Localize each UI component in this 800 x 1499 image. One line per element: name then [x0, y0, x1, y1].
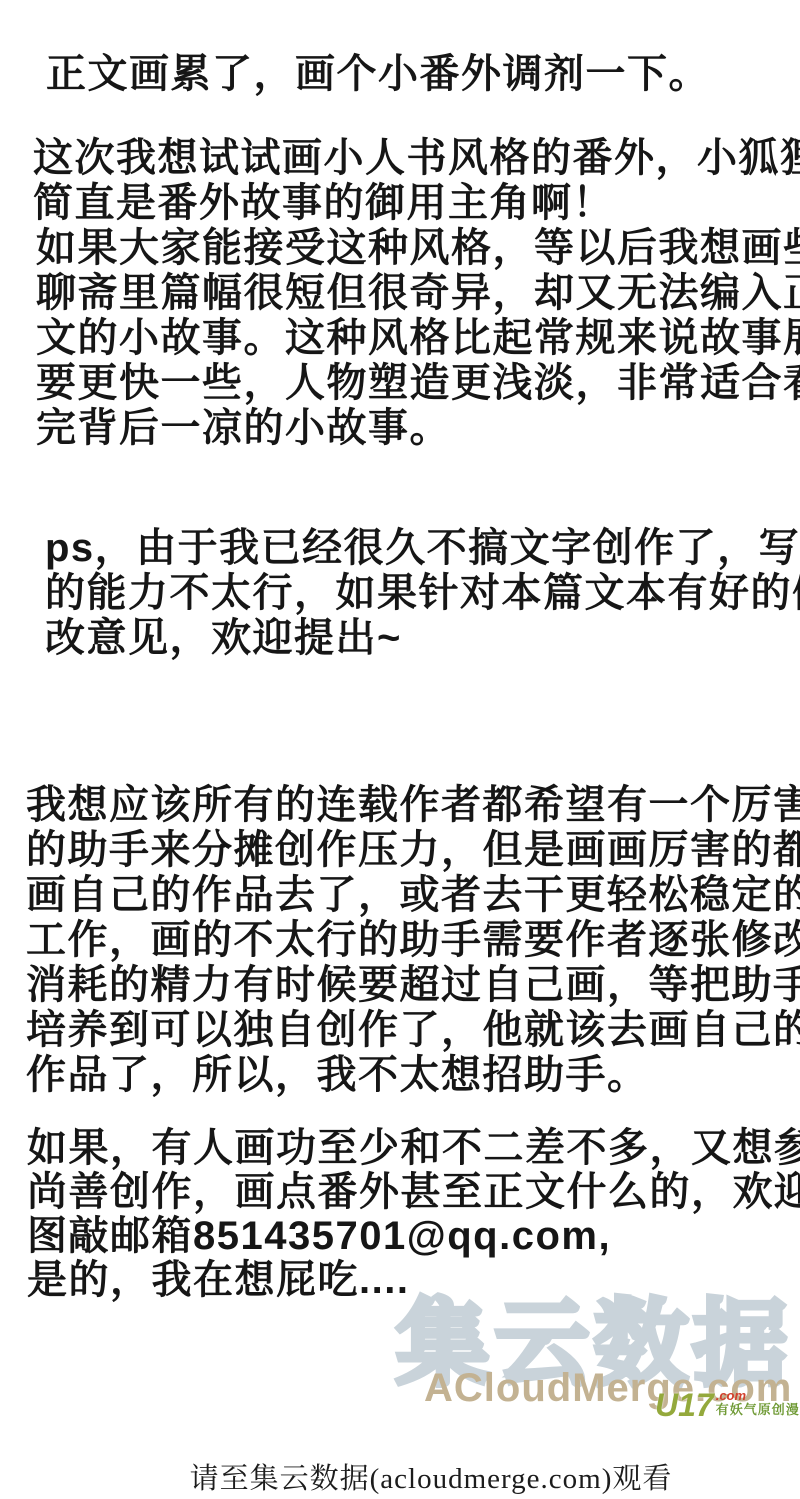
u17-tagline: 有妖气原创漫画 — [716, 1402, 800, 1417]
contact-email-line: 图敲邮箱851435701@qq.com, — [27, 1214, 800, 1258]
text-line: 聊斋里篇幅很短但很奇异，却又无法编入正 — [36, 271, 800, 316]
text-line: 的能力不太行，如果针对本篇文本有好的修 — [45, 571, 800, 616]
text-line: 文的小故事。这种风格比起常规来说故事展开 — [36, 316, 800, 361]
text-line: 我想应该所有的连载作者都希望有一个厉害 — [26, 783, 800, 828]
paragraph-assistant-thoughts: 我想应该所有的连载作者都希望有一个厉害 的助手来分摊创作压力，但是画画厉害的都 … — [26, 783, 800, 1098]
comic-author-note-page: 正文画累了，画个小番外调剂一下。 这次我想试试画小人书风格的番外，小狐狸 简直是… — [0, 0, 800, 1499]
text-line: 简直是番外故事的御用主角啊！ — [33, 181, 800, 226]
u17-domain-text: .com — [716, 1390, 800, 1402]
paragraph-style-detail: 如果大家能接受这种风格，等以后我想画些 聊斋里篇幅很短但很奇异，却又无法编入正 … — [36, 226, 800, 451]
u17-logo-text: U17 — [655, 1390, 714, 1420]
text-line: 画自己的作品去了，或者去干更轻松稳定的 — [26, 873, 800, 918]
text-line: 如果，有人画功至少和不二差不多，又想参与 — [27, 1126, 800, 1170]
text-line: 如果大家能接受这种风格，等以后我想画些 — [36, 226, 800, 271]
u17-publisher-logo: U17 .com 有妖气原创漫画 — [655, 1390, 800, 1420]
text-line: 的助手来分摊创作压力，但是画画厉害的都 — [26, 828, 800, 873]
text-line: 作品了，所以，我不太想招助手。 — [26, 1053, 800, 1098]
text-line: 改意见，欢迎提出~ — [45, 616, 800, 661]
paragraph-ps-note: ps，由于我已经很久不搞文字创作了，写文 的能力不太行，如果针对本篇文本有好的修… — [45, 526, 800, 661]
text-line: ps，由于我已经很久不搞文字创作了，写文 — [45, 526, 800, 571]
text-line: 尚善创作，画点番外甚至正文什么的，欢迎带 — [27, 1170, 800, 1214]
text-line: 培养到可以独自创作了，他就该去画自己的 — [26, 1008, 800, 1053]
paragraph-intro: 正文画累了，画个小番外调剂一下。 — [46, 52, 710, 97]
text-line: 要更快一些，人物塑造更浅淡，非常适合看 — [36, 361, 800, 406]
text-line: 工作，画的不太行的助手需要作者逐张修改， — [26, 918, 800, 963]
text-line: 这次我想试试画小人书风格的番外，小狐狸 — [33, 136, 800, 181]
text-line: 正文画累了，画个小番外调剂一下。 — [46, 52, 710, 97]
text-line: 消耗的精力有时候要超过自己画，等把助手 — [26, 963, 800, 1008]
paragraph-style-experiment: 这次我想试试画小人书风格的番外，小狐狸 简直是番外故事的御用主角啊！ — [33, 136, 800, 226]
text-line: 完背后一凉的小故事。 — [36, 406, 800, 451]
footer-source-notice: 请至集云数据(acloudmerge.com)观看 — [0, 1456, 800, 1497]
